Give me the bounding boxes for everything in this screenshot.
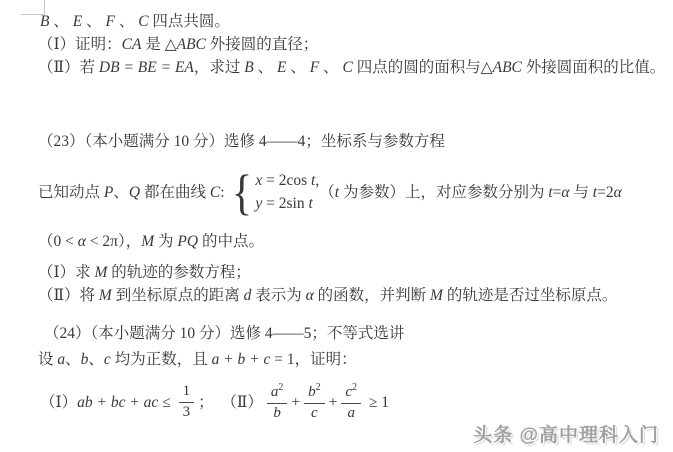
brace-symbol: { [232, 167, 252, 217]
math-var: b [308, 384, 316, 400]
q23-header: （23）（本小题满分 10 分）选修 4——4；坐标系与参数方程 [38, 131, 445, 152]
numerator: b2 [304, 382, 325, 403]
math-var: d [244, 285, 252, 306]
text: （0 < [38, 231, 78, 252]
text: 、 [115, 11, 138, 32]
math-var: b [81, 349, 89, 370]
denominator: b [273, 404, 281, 422]
text: = 1，证明： [270, 349, 356, 370]
q22-part2-line: （Ⅱ）若 DB = BE = EA，求过 B 、 E 、 F 、 C 四点的圆的… [38, 57, 665, 78]
math-var: CA [122, 34, 142, 55]
text: 外接圆面积的比值。 [522, 57, 665, 78]
part1-label: （Ⅰ） [40, 392, 77, 413]
q24-setup-line: 设 a、b、c 均为正数，且 a + b + c = 1，证明： [38, 349, 357, 370]
text: = [553, 182, 562, 203]
text: 为 [154, 231, 177, 252]
text: 、 [88, 349, 104, 370]
math-var: E [73, 11, 82, 32]
math-var: Q [129, 182, 140, 203]
math-var: B [40, 11, 49, 32]
text: 、 [286, 57, 309, 78]
text: 、 [49, 11, 72, 32]
exponent: 2 [278, 382, 283, 393]
math-var: F [105, 11, 114, 32]
math-var: α [78, 231, 86, 252]
text: 的函数，并判断 [314, 285, 430, 306]
text: 、 [319, 57, 342, 78]
text: 的中点。 [198, 231, 264, 252]
math-expr: DB = BE = EA [99, 57, 194, 78]
text: 的轨迹是否过坐标原点。 [443, 285, 617, 306]
text: 均为正数，且 [111, 349, 212, 370]
denominator: a [347, 404, 355, 422]
math-var: a [57, 349, 65, 370]
text: : [220, 182, 228, 203]
math-var: M [141, 231, 154, 252]
text: 都在曲线 [140, 182, 210, 203]
math-var: B [244, 57, 253, 78]
math-var: ABC [177, 34, 206, 55]
math-expr: a + b + c [212, 349, 271, 370]
text: 四点的圆的面积与 [353, 57, 481, 78]
math-var: C [210, 182, 220, 203]
plus-sign: + [291, 392, 300, 413]
fraction-a2-b: a2b [267, 382, 288, 422]
q23-range-line: （0 < α < 2π），M 为 PQ 的中点。 [38, 231, 264, 252]
text: 、 [82, 11, 105, 32]
math-var: C [138, 11, 148, 32]
plus-sign: + [329, 392, 338, 413]
text: 与 [570, 182, 593, 203]
text: 表示为 [251, 285, 305, 306]
text: 、 [113, 182, 129, 203]
math-var: P [104, 182, 113, 203]
math-var: α [306, 285, 314, 306]
denominator: 3 [183, 403, 191, 421]
q22-line-points-concyclic: B 、 E 、 F 、 C 四点共圆。 [40, 11, 230, 32]
text: （23）（本小题满分 10 分）选修 4——4；坐标系与参数方程 [38, 131, 445, 152]
separator: ； [198, 392, 221, 413]
numerator: 1 [179, 383, 195, 402]
text: （Ⅰ）证明： [38, 34, 122, 55]
triangle-symbol: △ [165, 34, 177, 55]
triangle-symbol: △ [481, 57, 493, 78]
fraction-c2-a: c2a [341, 382, 361, 422]
equation-x: x = 2cos t, [255, 169, 319, 192]
text: = 2cos [262, 169, 311, 192]
text: （Ⅰ）求 [38, 262, 95, 283]
math-var: α [614, 182, 622, 203]
math-var: E [277, 57, 286, 78]
text: 、 [254, 57, 277, 78]
text: 设 [38, 349, 57, 370]
text: 到坐标原点的距离 [112, 285, 244, 306]
watermark: 头条 @高中理科入门 [473, 420, 659, 447]
document-page: B 、 E 、 F 、 C 四点共圆。 （Ⅰ）证明：CA 是 △ABC 外接圆的… [0, 0, 673, 452]
text: 已知动点 [38, 182, 104, 203]
q22-part1-line: （Ⅰ）证明：CA 是 △ABC 外接圆的直径； [38, 34, 318, 55]
math-var: C [342, 57, 352, 78]
math-var: M [95, 262, 108, 283]
math-var: c [104, 349, 111, 370]
text: 、 [65, 349, 81, 370]
text: 四点共圆。 [149, 11, 230, 32]
text: 是 [141, 34, 164, 55]
q23-part1-line: （Ⅰ）求 M 的轨迹的参数方程； [38, 262, 251, 283]
q23-curve-line: 已知动点 P、Q 都在曲线 C: {x = 2cos t,y = 2sin t（… [38, 166, 622, 218]
part2-label: （Ⅱ） [221, 392, 263, 413]
math-var: y [255, 192, 262, 215]
math-var: α [561, 182, 569, 203]
numerator: c2 [341, 382, 361, 403]
text: （Ⅱ）将 [38, 285, 99, 306]
equation-y: y = 2sin t [255, 192, 319, 215]
math-var: M [99, 285, 112, 306]
q24-inequalities-line: （Ⅰ）ab + bc + ac ≤ 13； （Ⅱ）a2b+b2c+c2a ≥ 1 [40, 378, 389, 426]
parametric-equations: x = 2cos t,y = 2sin t [255, 169, 319, 215]
text: = 2sin [262, 192, 308, 215]
q23-part2-line: （Ⅱ）将 M 到坐标原点的距离 d 表示为 α 的函数，并判断 M 的轨迹是否过… [38, 285, 617, 306]
math-var: x [255, 169, 262, 192]
math-var: F [310, 57, 319, 78]
text: 外接圆的直径； [206, 34, 318, 55]
text: 的轨迹的参数方程； [107, 262, 250, 283]
math-var: t [308, 192, 312, 215]
text: ，求过 [194, 57, 244, 78]
text: =2 [597, 182, 614, 203]
text: （ [319, 182, 335, 203]
numerator: a2 [267, 382, 288, 403]
geq-one: ≥ 1 [365, 392, 389, 413]
text: （24）（本小题满分 10 分）选修 4——5；不等式选讲 [44, 323, 404, 344]
text: 为参数）上，对应参数分别为 [339, 182, 548, 203]
math-expr: ab + bc + ac ≤ [77, 392, 174, 413]
math-var: PQ [177, 231, 198, 252]
fraction-b2-c: b2c [304, 382, 325, 422]
math-var: ABC [493, 57, 522, 78]
denominator: c [311, 404, 318, 422]
math-var: M [430, 285, 443, 306]
q24-header: （24）（本小题满分 10 分）选修 4——5；不等式选讲 [44, 323, 404, 344]
text: < 2π）， [86, 231, 141, 252]
exponent: 2 [316, 382, 321, 393]
fraction-one-third: 13 [179, 383, 195, 421]
text: （Ⅱ）若 [38, 57, 99, 78]
exponent: 2 [352, 382, 357, 393]
